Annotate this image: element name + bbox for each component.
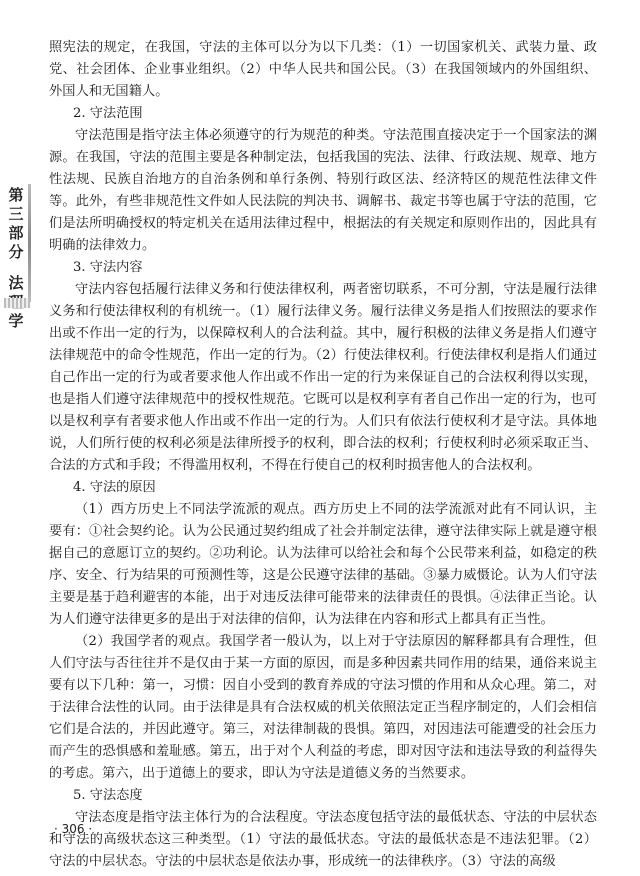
side-section-tab: 第 三 部 分 法 理 学 [6, 186, 26, 331]
side-subject-char: 法 [6, 274, 26, 293]
heading-reasons: 4. 守法的原因 [49, 477, 597, 499]
page-number: · 306 · [54, 822, 92, 836]
side-subject-char: 学 [6, 312, 26, 331]
page-body: 照宪法的规定，在我国，守法的主体可以分为以下几类：（1）一切国家机关、武装力量、… [49, 37, 597, 873]
side-tab-rule [28, 184, 31, 302]
paragraph-attitude: 守法态度是指守法主体行为的合法程度。守法态度包括守法的最低状态、守法的中层状态和… [49, 807, 597, 873]
heading-content: 3. 守法内容 [49, 257, 597, 279]
paragraph-western-views: （1）西方历史上不同法学流派的观点。西方历史上不同的法学流派对此有不同认识，主要… [49, 499, 597, 631]
side-part-char: 第 [6, 186, 26, 205]
paragraph-content: 守法内容包括履行法律义务和行使法律权利，两者密切联系，不可分割，守法是履行法律义… [49, 279, 597, 477]
paragraph-scope: 守法范围是指守法主体必须遵守的行为规范的种类。守法范围直接决定于一个国家法的渊源… [49, 125, 597, 257]
heading-scope: 2. 守法范围 [49, 103, 597, 125]
side-part-char: 三 [6, 205, 26, 224]
side-part-char: 分 [6, 243, 26, 262]
side-part-char: 部 [6, 224, 26, 243]
paragraph-chinese-views: （2）我国学者的观点。我国学者一般认为，以上对于守法原因的解释都具有合理性，但人… [49, 631, 597, 785]
side-tab-decoration [4, 298, 30, 308]
paragraph-subjects: 照宪法的规定，在我国，守法的主体可以分为以下几类：（1）一切国家机关、武装力量、… [49, 37, 597, 103]
heading-attitude: 5. 守法态度 [49, 785, 597, 807]
